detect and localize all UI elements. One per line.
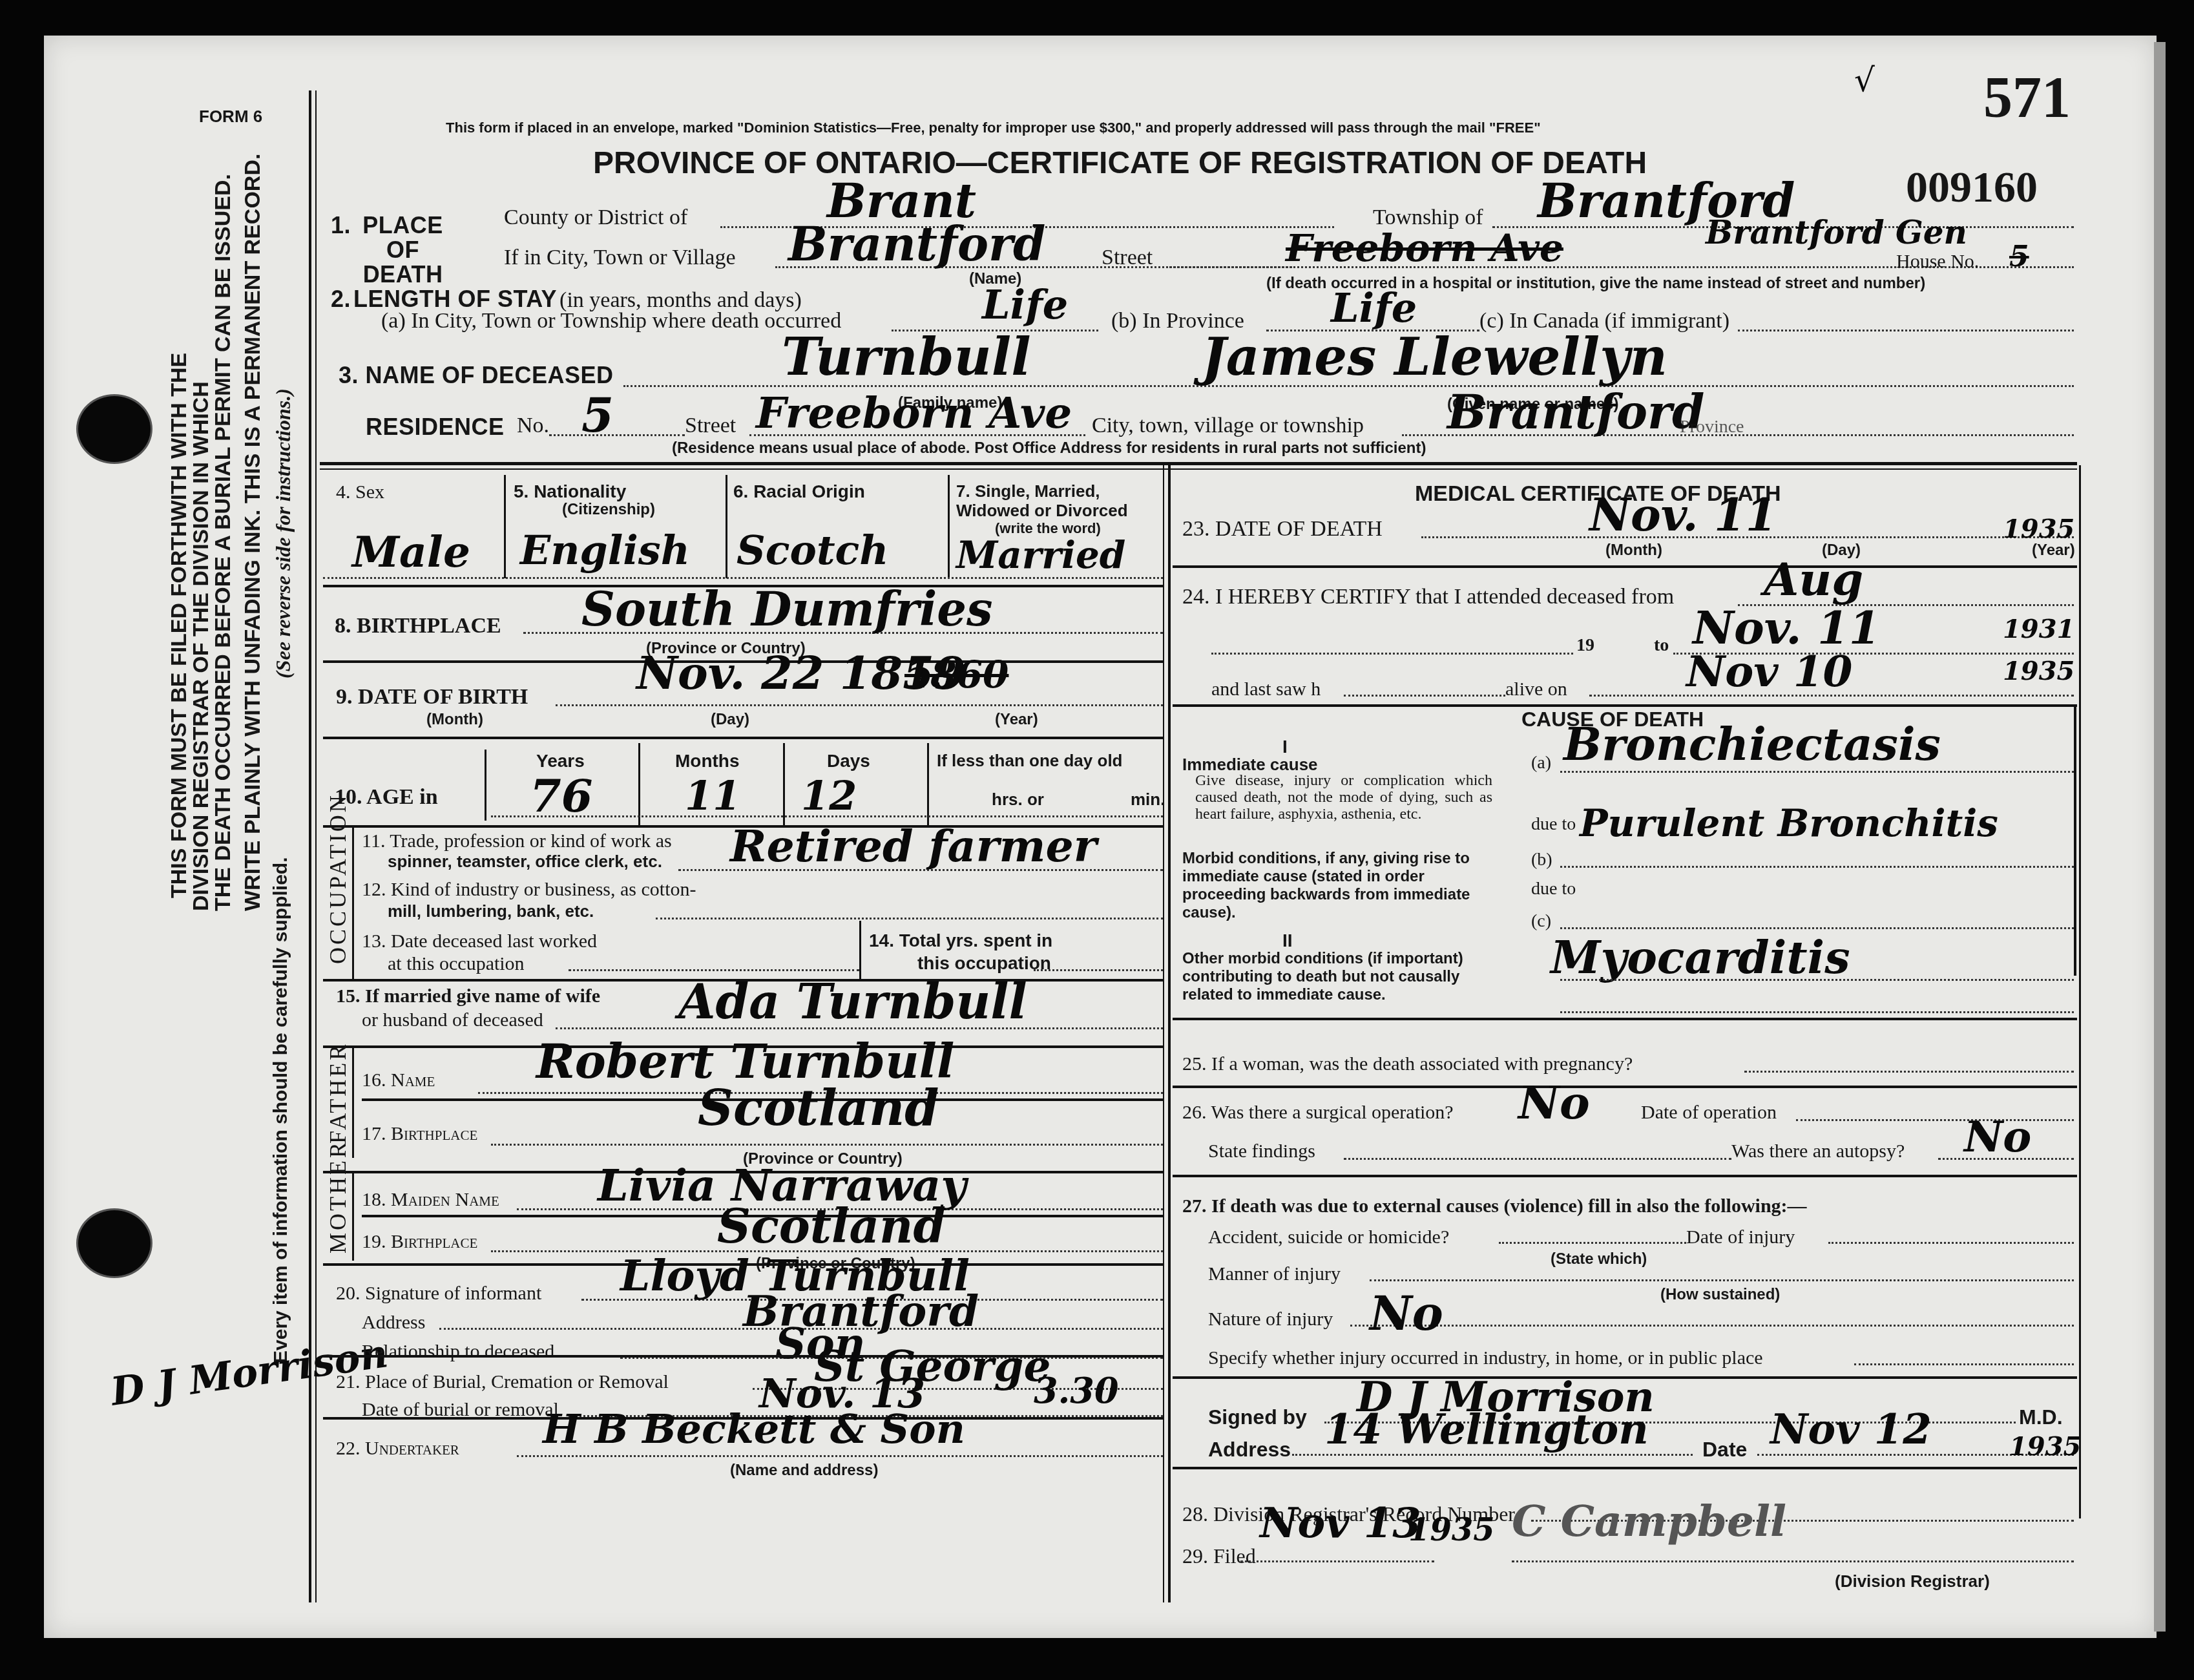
mother-name-label: 18. Maiden Name [362,1189,499,1211]
age-days-value: 12 [801,772,857,819]
undertaker-value: H B Beckett & Son [543,1405,965,1453]
cell-divider [504,475,506,578]
cell-divider [638,743,640,827]
due-to-label-2: due to [1531,879,1576,899]
row-divider [1173,1086,2077,1088]
spouse-label: 15. If married give name of wife [336,985,600,1007]
autopsy-value: No [1964,1111,2031,1162]
filed-value: Nov 13 [1260,1499,1421,1548]
informant-address-label: Address [362,1312,425,1334]
operation-label: 26. Was there a surgical operation? [1182,1102,1454,1124]
other-conditions-label: Other morbid conditions (if important) c… [1182,950,1486,1004]
physician-address-label: Address [1208,1438,1291,1462]
item-label: PLACE OF DEATH [358,213,448,287]
street-value-struck: Freeborn Ave [1286,226,1563,270]
punch-hole [76,394,152,464]
undertaker-line [517,1455,1163,1457]
trade-label: 11. Trade, profession or kind of work as [362,830,672,852]
mother-section-rule [352,1173,354,1261]
cell-divider [948,475,950,578]
last-saw-year: 1935 [2003,656,2074,686]
nature-line [1350,1325,2074,1327]
check-mark: √ [1854,61,1875,99]
accident-label: Accident, suicide or homicide? [1208,1226,1449,1248]
under-day-label: If less than one day old [937,751,1123,771]
marital-status-label: 7. Single, Married, Widowed or Divorced [956,481,1163,520]
relationship-label: Relationship to deceased [362,1341,554,1363]
undertaker-label: 22. Undertaker [336,1438,459,1460]
deceased-given-names: James Llewellyn [1202,326,1667,387]
page-title: PROVINCE OF ONTARIO—CERTIFICATE OF REGIS… [593,145,1647,181]
informant-signature-label: 20. Signature of informant [336,1283,541,1305]
place-of-death-label: 1. PLACE OF DEATH [331,213,448,287]
residence-city-value: Brantford [1447,384,1704,439]
external-causes-label: 27. If death was due to external causes … [1182,1195,1807,1217]
residence-no-value: 5 [581,388,614,443]
industry-sub: mill, lumbering, bank, etc. [388,901,594,921]
immediate-cause-instructions: Give disease, injury or complication whi… [1195,772,1492,823]
section-divider [320,462,2077,465]
occupation-section-rule [352,827,354,979]
cause-b-line [1560,866,2074,868]
dob-line [556,704,1163,706]
column-divider [1163,465,1164,1602]
nature-value: No [1370,1286,1443,1341]
occupation-section-label: OCCUPATION [324,793,351,964]
alive-on-label: alive on [1505,678,1567,700]
row-divider [1173,1175,2077,1177]
dob-month-caption: (Month) [426,711,483,729]
row-divider [323,737,1163,739]
signed-date-label: Date [1702,1438,1747,1462]
residence-street-value: Freeborn Ave [756,388,1072,438]
nature-label: Nature of injury [1208,1308,1333,1330]
injury-date-line [1828,1242,2074,1244]
residence-no-line [549,434,685,436]
specify-label: Specify whether injury occurred in indus… [1208,1347,1763,1369]
sex-label: 4. Sex [336,481,384,503]
filed-label: 29. Filed [1182,1544,1256,1568]
mother-birthplace-value: Scotland [717,1199,946,1254]
item-label: NAME OF DECEASED [366,362,614,388]
due-to-label-1: due to [1531,814,1576,835]
age-years-value: 76 [530,769,592,823]
cause-a-line [1560,771,2074,773]
birthplace-value: South Dumfries [581,582,993,636]
last-worked-sub: at this occupation [388,953,525,975]
name-of-deceased-label: 3. NAME OF DECEASED [339,362,614,389]
item-label: LENGTH OF STAY [353,286,557,312]
sidebar-notice-5: Every item of information should be care… [270,857,292,1363]
row-divider [1173,704,2077,707]
last-saw-label: and last saw h [1211,678,1321,700]
undertaker-caption: (Name and address) [730,1462,878,1480]
manner-line [1370,1279,2074,1281]
row-line [323,577,1163,579]
spouse-value: Ada Turnbull [678,974,1027,1030]
total-years-sub: this occupation [917,953,1051,974]
nationality-sub: (Citizenship) [562,501,655,519]
registrar-caption: (Division Registrar) [1835,1571,1990,1591]
trade-sub: spinner, teamster, office clerk, etc. [388,852,662,872]
other-line-2 [1560,1011,2074,1013]
death-date-value: Nov. 11 [1589,488,1777,541]
father-section-rule [352,1048,354,1158]
age-days-label: Days [827,751,870,772]
residence-caption: (Residence means usual place of abode. P… [672,439,1426,457]
signed-date-value: Nov 12 [1770,1405,1932,1454]
item-number: 3. [339,362,359,388]
cause-c-label: (c) [1531,911,1551,932]
sidebar-notice-3: THE DEATH OCCURRED BEFORE A BURIAL PERMI… [211,174,236,911]
morbid-conditions-label: Morbid conditions, if any, giving rise t… [1182,850,1486,922]
death-month-caption: (Month) [1605,541,1662,560]
operation-date-label: Date of operation [1641,1102,1777,1124]
cause-b-value: Purulent Bronchitis [1580,801,1998,845]
cause-c-line [1560,927,2074,929]
state-which-caption: (State which) [1551,1250,1647,1268]
specify-line [1854,1363,2074,1365]
how-sustained-caption: (How sustained) [1660,1286,1780,1304]
injury-date-label: Date of injury [1686,1226,1795,1248]
racial-origin-label: 6. Racial Origin [733,481,865,502]
attended-from-year-line [1211,653,1573,655]
column-divider [1168,465,1171,1602]
house-label: House No. [1896,251,1979,273]
residence-no-label: No. [517,414,549,438]
to-label: to [1654,635,1669,656]
punch-hole [76,1208,152,1278]
section-two-label: II [1282,930,1293,951]
dob-label: 9. DATE OF BIRTH [336,685,528,709]
industry-line [656,918,1163,919]
death-year-value: 1935 [2003,514,2074,544]
section-divider [320,468,2077,470]
spouse-sub: or husband of deceased [362,1009,543,1031]
registrar-signature: C Campbell [1512,1496,1786,1546]
nineteen-label: 19 [1576,635,1594,656]
last-worked-label: 13. Date deceased last worked [362,930,597,952]
signed-by-label: Signed by [1208,1405,1307,1429]
other-conditions-value: Myocarditis [1551,930,1850,984]
hours-label: hrs. or [992,790,1044,810]
cell-divider [859,921,861,979]
state-findings-label: State findings [1208,1140,1315,1162]
right-rule [2079,465,2081,1518]
md-label: M.D. [2019,1405,2063,1429]
stay-city-label: (a) In City, Town or Township where deat… [381,309,841,333]
city-label: If in City, Town or Village [504,246,736,270]
cause-box-rule [2074,704,2076,976]
filed-year: 1935 [1408,1512,1495,1548]
residence-province-label: Province [1680,417,1744,437]
dob-year-caption: (Year) [995,711,1038,729]
attended-to-year: 1931 [2003,614,2074,644]
father-name-label: 16. Name [362,1069,435,1091]
burial-place-label: 21. Place of Burial, Cremation or Remova… [336,1371,669,1393]
house-value-struck: 5 [2009,240,2029,273]
certify-label: 24. I HEREBY CERTIFY that I attended dec… [1182,585,1674,609]
postal-notice: This form if placed in an envelope, mark… [446,120,1541,136]
attended-from-value: Aug [1764,552,1863,606]
cause-a-label: (a) [1531,753,1551,773]
father-birthplace-line [491,1144,1163,1146]
industry-label: 12. Kind of industry or business, as cot… [362,879,696,901]
burial-time-value: 3.30 [1034,1370,1119,1411]
trade-value: Retired farmer [730,821,1097,872]
age-months-value: 11 [685,772,740,819]
residence-label: RESIDENCE [366,414,505,441]
deceased-family-name: Turnbull [782,326,1031,387]
residence-street-label: Street [685,414,736,438]
residence-city-label: City, town, village or township [1092,414,1364,438]
sidebar-notice-6: (See reverse side for instructions.) [271,388,295,678]
item-number: 1. [331,212,351,238]
death-date-label: 23. DATE OF DEATH [1182,517,1383,541]
item-number: 2. [331,286,351,312]
row-divider [1173,1467,2077,1469]
racial-origin-value: Scotch [737,527,888,574]
total-years-line [1034,969,1163,971]
age-months-label: Months [675,751,740,772]
father-section-label: FATHER [324,1042,351,1144]
father-birthplace-label: 17. Birthplace [362,1123,477,1145]
last-saw-value: Nov 10 [1686,646,1853,697]
institution-value: Brantford Gen [1706,213,1967,251]
stay-canada-line [1738,330,2074,331]
last-worked-line [569,969,859,971]
cause-b-label: (b) [1531,850,1552,870]
registrar-line [1512,1560,2074,1562]
minutes-label: min. [1131,790,1165,810]
mother-section-label: MOTHER [324,1140,351,1254]
city-value: Brantford [788,216,1045,271]
death-year-caption: (Year) [2032,541,2075,560]
sex-value: Male [352,527,470,577]
form-number: FORM 6 [199,107,262,127]
registration-number: 009160 [1906,162,2038,213]
father-birthplace-value: Scotland [698,1079,939,1137]
signed-date-year: 1935 [2009,1431,2081,1462]
pregnancy-line [1744,1071,2074,1073]
row-line [491,815,1163,817]
row-divider [1173,1018,2077,1020]
autopsy-label: Was there an autopsy? [1731,1140,1905,1162]
dob-struck-year: 1860 [904,653,1008,697]
stay-province-value: Life [1331,284,1417,331]
pregnancy-label: 25. If a woman, was the death associated… [1182,1053,1633,1075]
last-saw-line [1344,695,1505,697]
cell-divider [726,475,727,578]
other-line-1 [1560,979,2074,981]
nationality-label: 5. Nationality [514,481,626,502]
accident-line [1499,1242,1686,1244]
operation-date-line [1796,1119,2074,1121]
mother-birthplace-label: 19. Birthplace [362,1231,477,1253]
marital-status-value: Married [956,533,1125,577]
sidebar-notice-4: WRITE PLAINLY WITH UNFADING INK. THIS IS… [240,154,266,911]
street-label: Street [1102,246,1153,270]
physician-address-value: 14 Wellington [1324,1405,1649,1454]
filed-line [1240,1560,1434,1562]
stay-city-value: Life [982,281,1068,328]
stamp-number: 571 [1983,65,2071,131]
cell-divider [783,743,785,827]
cell-divider [927,743,929,827]
total-years-label: 14. Total yrs. spent in [869,930,1052,951]
row-divider [1173,565,2077,568]
county-label: County or District of [504,205,687,230]
dob-day-caption: (Day) [711,711,749,729]
cause-a-value: Bronchiectasis [1563,717,1941,771]
operation-value: No [1518,1076,1590,1129]
birthplace-label: 8. BIRTHPLACE [335,614,501,638]
physician-address-line [1292,1454,1693,1456]
age-bracket [485,750,486,821]
manner-label: Manner of injury [1208,1263,1341,1285]
state-findings-line [1344,1158,1731,1160]
nationality-value: English [520,527,690,574]
